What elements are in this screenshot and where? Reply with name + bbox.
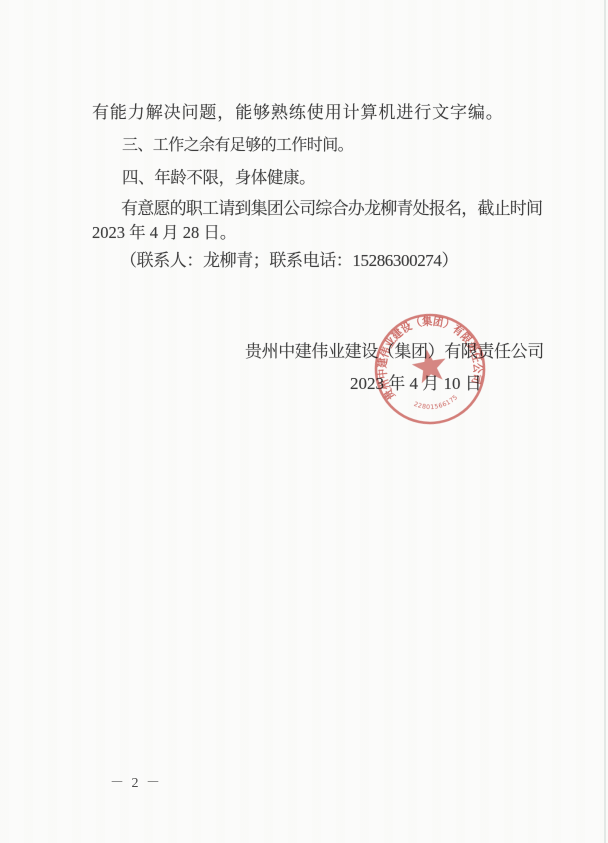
- body-line: 2023 年 4 月 28 日。: [92, 223, 236, 243]
- body-line: 有能力解决问题，能够熟练使用计算机进行文字编。: [92, 103, 504, 123]
- scan-edge-artifact: [604, 0, 606, 843]
- company-seal: 贵州中建伟业建设（集团）有限责任公司 5228015661756: [355, 294, 506, 445]
- seal-star-icon: [410, 346, 449, 384]
- body-line: 三、工作之余有足够的工作时间。: [122, 136, 353, 156]
- scanned-document-page: 有能力解决问题，能够熟练使用计算机进行文字编。 三、工作之余有足够的工作时间。 …: [0, 0, 608, 843]
- contact-line: （联系人：龙柳青；联系电话：15286300274）: [120, 251, 458, 271]
- body-line: 有意愿的职工请到集团公司综合办龙柳青处报名，截止时间: [121, 199, 542, 219]
- body-line: 四、年龄不限，身体健康。: [122, 168, 315, 188]
- page-number: － 2 －: [110, 772, 162, 792]
